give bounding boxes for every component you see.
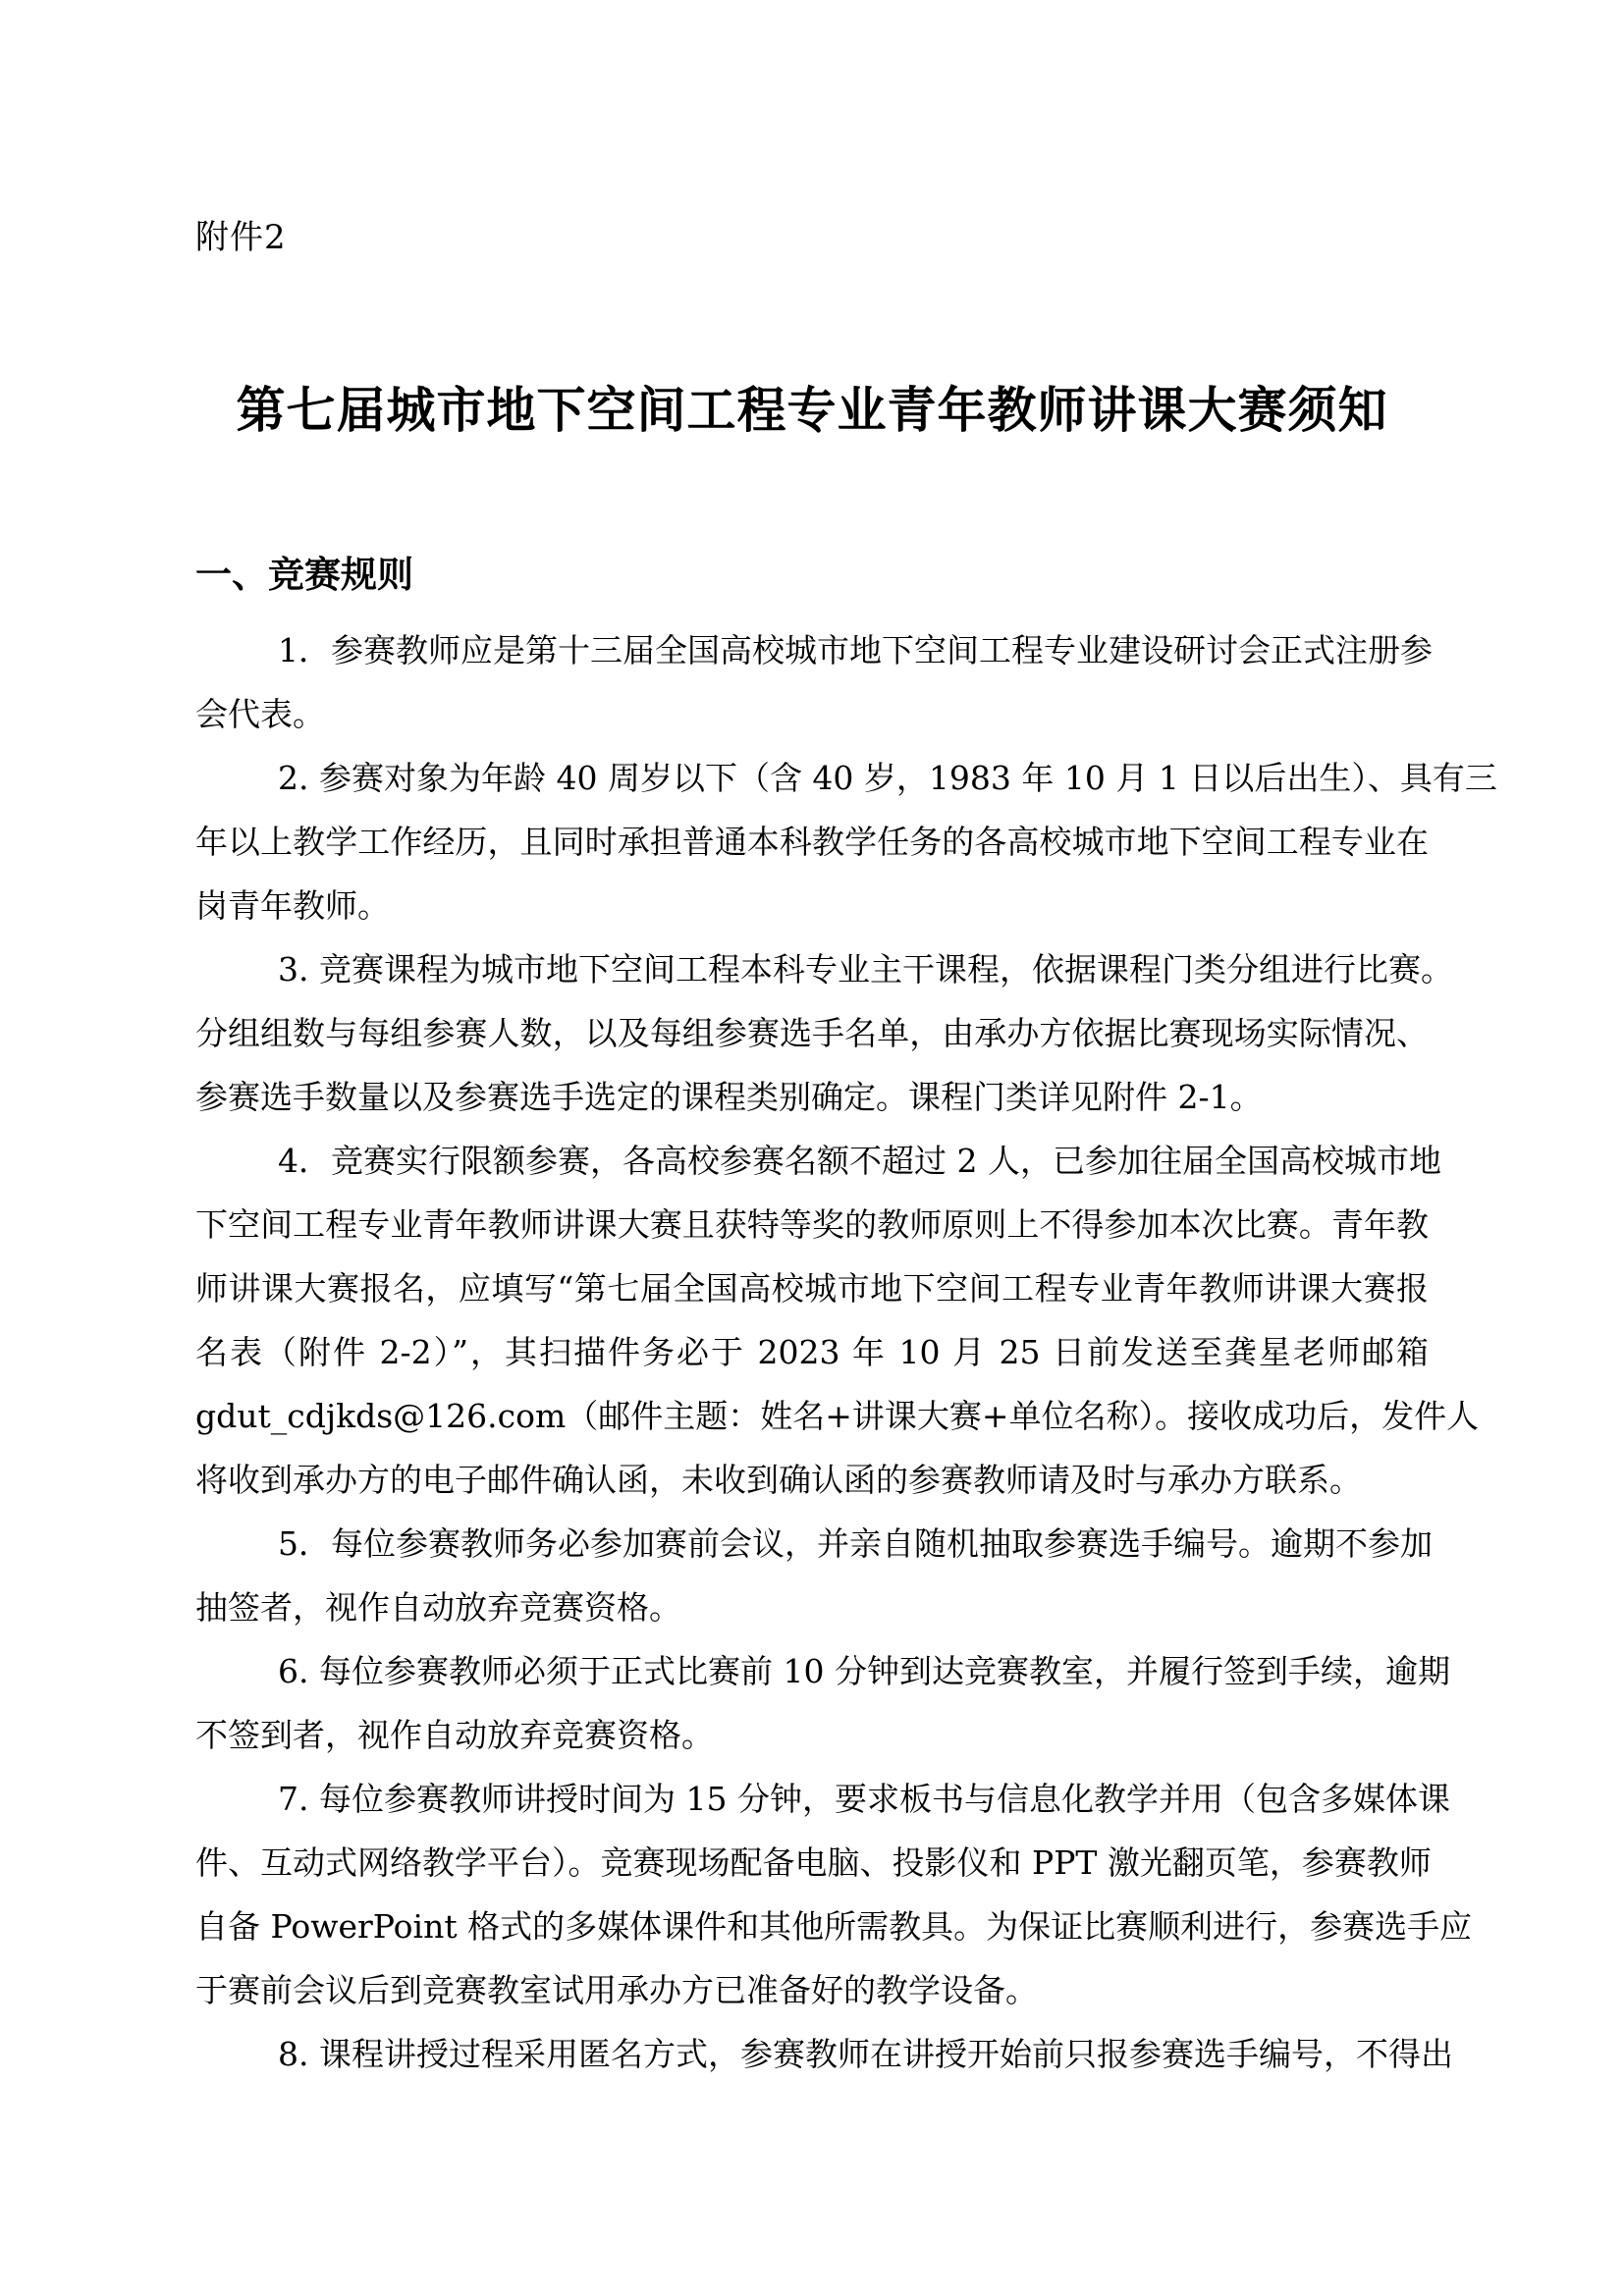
paragraph-line: 年以上教学工作经历，且同时承担普通本科教学任务的各高校城市地下空间工程专业在 — [195, 820, 1429, 883]
paragraph-line: 于赛前会议后到竞赛教室试用承办方已准备好的教学设备。 — [195, 1968, 1429, 2032]
attachment-label: 附件2 — [195, 214, 287, 261]
rule-paragraph-2: 2. 参赛对象为年龄 40 周岁以下（含 40 岁，1983 年 10 月 1 … — [195, 756, 1433, 947]
rule-paragraph-8: 8. 课程讲授过程采用匿名方式，参赛教师在讲授开始前只报参赛选手编号，不得出 — [195, 2032, 1433, 2096]
paragraph-line: 件、互动式网络教学平台）。竞赛现场配备电脑、投影仪和 PPT 激光翻页笔，参赛教… — [195, 1841, 1429, 1904]
paragraph-line: 岗青年教师。 — [195, 883, 1429, 947]
rule-paragraph-3: 3. 竞赛课程为城市地下空间工程本科专业主干课程，依据课程门类分组进行比赛。 分… — [195, 947, 1433, 1139]
rules-body: 1．参赛教师应是第十三届全国高校城市地下空间工程专业建设研讨会正式注册参 会代表… — [195, 628, 1433, 2096]
paragraph-line: 师讲课大赛报名，应填写“第七届全国高校城市地下空间工程专业青年教师讲课大赛报 — [195, 1266, 1429, 1330]
paragraph-line: 5．每位参赛教师务必参加赛前会议，并亲自随机抽取参赛选手编号。逾期不参加 — [195, 1522, 1429, 1585]
section-heading: 一、竞赛规则 — [195, 550, 413, 601]
paragraph-line: 4．竞赛实行限额参赛，各高校参赛名额不超过 2 人，已参加往届全国高校城市地 — [195, 1139, 1429, 1202]
rule-paragraph-5: 5．每位参赛教师务必参加赛前会议，并亲自随机抽取参赛选手编号。逾期不参加 抽签者… — [195, 1522, 1433, 1649]
paragraph-line: 7. 每位参赛教师讲授时间为 15 分钟，要求板书与信息化教学并用（包含多媒体课 — [195, 1777, 1429, 1841]
paragraph-line: 下空间工程专业青年教师讲课大赛且获特等奖的教师原则上不得参加本次比赛。青年教 — [195, 1202, 1429, 1266]
paragraph-line: 参赛选手数量以及参赛选手选定的课程类别确定。课程门类详见附件 2-1。 — [195, 1075, 1429, 1139]
paragraph-line: 1．参赛教师应是第十三届全国高校城市地下空间工程专业建设研讨会正式注册参 — [195, 628, 1429, 692]
paragraph-line-email: gdut_cdjkds@126.com（邮件主题：姓名+讲课大赛+单位名称）。接… — [195, 1394, 1429, 1458]
paragraph-line: 自备 PowerPoint 格式的多媒体课件和其他所需教具。为保证比赛顺利进行，… — [195, 1904, 1429, 1968]
paragraph-line: 名表（附件 2-2）”，其扫描件务必于 2023 年 10 月 25 日前发送至… — [195, 1330, 1429, 1394]
paragraph-line: 分组组数与每组参赛人数，以及每组参赛选手名单，由承办方依据比赛现场实际情况、 — [195, 1011, 1429, 1075]
paragraph-line: 2. 参赛对象为年龄 40 周岁以下（含 40 岁，1983 年 10 月 1 … — [195, 756, 1429, 820]
paragraph-line: 会代表。 — [195, 692, 1429, 756]
paragraph-line: 6. 每位参赛教师必须于正式比赛前 10 分钟到达竞赛教室，并履行签到手续，逾期 — [195, 1649, 1429, 1713]
rule-paragraph-1: 1．参赛教师应是第十三届全国高校城市地下空间工程专业建设研讨会正式注册参 会代表… — [195, 628, 1433, 756]
paragraph-line: 8. 课程讲授过程采用匿名方式，参赛教师在讲授开始前只报参赛选手编号，不得出 — [195, 2032, 1429, 2096]
document-title: 第七届城市地下空间工程专业青年教师讲课大赛须知 — [195, 379, 1429, 442]
document-page: 附件2 第七届城市地下空间工程专业青年教师讲课大赛须知 一、竞赛规则 1．参赛教… — [0, 0, 1624, 2296]
paragraph-line: 3. 竞赛课程为城市地下空间工程本科专业主干课程，依据课程门类分组进行比赛。 — [195, 947, 1429, 1011]
rule-paragraph-4: 4．竞赛实行限额参赛，各高校参赛名额不超过 2 人，已参加往届全国高校城市地 下… — [195, 1139, 1433, 1522]
rule-paragraph-6: 6. 每位参赛教师必须于正式比赛前 10 分钟到达竞赛教室，并履行签到手续，逾期… — [195, 1649, 1433, 1777]
rule-paragraph-7: 7. 每位参赛教师讲授时间为 15 分钟，要求板书与信息化教学并用（包含多媒体课… — [195, 1777, 1433, 2032]
paragraph-line: 将收到承办方的电子邮件确认函，未收到确认函的参赛教师请及时与承办方联系。 — [195, 1458, 1429, 1522]
paragraph-line: 不签到者，视作自动放弃竞赛资格。 — [195, 1713, 1429, 1777]
paragraph-line: 抽签者，视作自动放弃竞赛资格。 — [195, 1585, 1429, 1649]
